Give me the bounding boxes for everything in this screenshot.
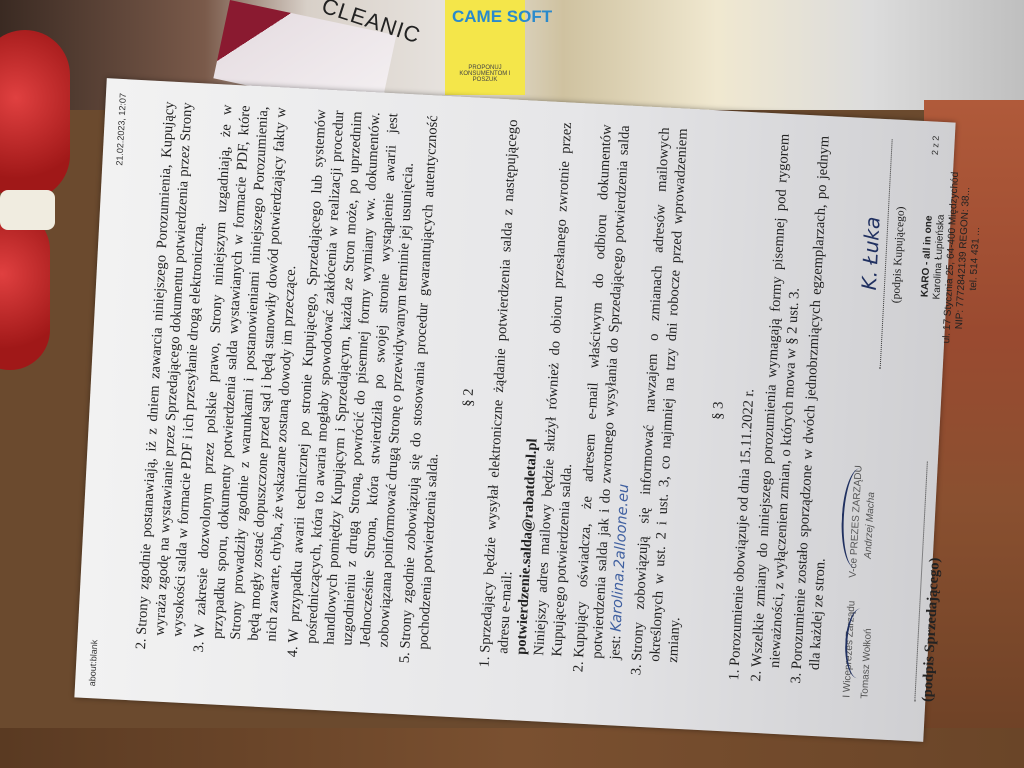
page-number: 2 z 2 bbox=[926, 135, 945, 155]
came-soft-sublabel: PROPONUJ KONSUMENTOM I POSZUK bbox=[450, 65, 520, 83]
page-header-timestamp: 21.02.2023, 12:07 bbox=[110, 93, 132, 166]
section2-list: Sprzedający będzie wysyłał elektroniczne… bbox=[475, 119, 710, 689]
document-page: about:blank 21.02.2023, 12:07 Strony zgo… bbox=[74, 78, 955, 742]
signature-area: I Wiceprezes Zarządu Tomasz Wołkoń V-ce … bbox=[838, 138, 1017, 705]
buyer-company-stamp: KARO - all in one Karolina Łupieńska ul.… bbox=[916, 141, 988, 374]
section3-list: Porozumienie obowiązuje od dnia 15.11.20… bbox=[725, 132, 852, 696]
document-body: Strony zgodnie postanawiają, iż z dniem … bbox=[131, 101, 1017, 705]
page-header-url: about:blank bbox=[83, 639, 103, 686]
white-jar bbox=[0, 190, 55, 230]
red-jar bbox=[0, 30, 70, 200]
red-jar bbox=[0, 210, 50, 370]
buyer-signature-block: K. Łuka (podpis Kupującego) KARO - all i… bbox=[856, 138, 988, 374]
came-soft-label: CAME SOFT bbox=[452, 8, 552, 26]
item-text: Niniejszy adres mailowy będzie służył ró… bbox=[531, 122, 575, 657]
seller-signature-block: I Wiceprezes Zarządu Tomasz Wołkoń V-ce … bbox=[838, 458, 948, 703]
section1-list: Strony zgodnie postanawiają, iż z dniem … bbox=[131, 101, 460, 676]
